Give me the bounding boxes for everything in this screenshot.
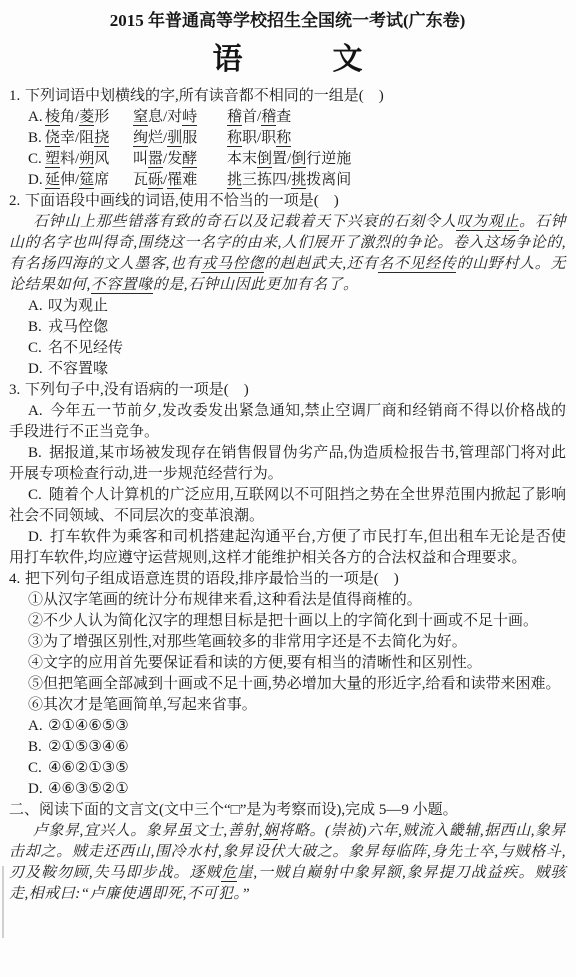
option-text: 据报道,某市场被发现存在销售假冒伪劣产品,伪造质检报告书,管理部门将对此开展专项… [9, 445, 566, 482]
q1-stem-text: 下列词语中划横线的字,所有读音都不相同的一组是( ) [25, 88, 384, 104]
q2-stem: 2.下面语段中画线的词语,使用不恰当的一项是( ) [9, 191, 566, 212]
classical-passage: 卢象昇,宜兴人。象昇虽文士,善射,娴将略。(崇祯)六年,贼流入畿辅,据西山,象昇… [9, 821, 566, 905]
q4-number: 4. [9, 569, 25, 590]
q4-sentence-2: ②不少人认为简化汉字的理想目标是把十画以上的字简化到十画或不足十画。 [9, 611, 566, 632]
q4-sentence-5: ⑤但把笔画全部减到十画或不足十画,势必增加大量的形近字,给看和读带来困难。 [9, 674, 566, 695]
q2-stem-text: 下面语段中画线的词语,使用不恰当的一项是( ) [25, 193, 339, 209]
q3-option-b: B.据报道,某市场被发现存在销售假冒伪劣产品,伪造质检报告书,管理部门将对此开展… [9, 443, 566, 485]
q4-sentence-4: ④文字的应用首先要保证看和读的方便,要有相当的清晰性和区别性。 [9, 653, 566, 674]
option-text: 今年五一节前夕,发改委发出紧急通知,禁止空调厂商和经销商不得以价格战的手段进行不… [9, 403, 566, 440]
exam-subject-title: 语 文 [9, 40, 566, 80]
option-label: D. [28, 529, 43, 545]
option-label: B. [28, 317, 48, 338]
option-label: C. [28, 149, 45, 170]
question-3: 3.下列句子中,没有语病的一项是( ) A.今年五一节前夕,发改委发出紧急通知,… [9, 380, 566, 569]
page-content: 2015 年普通高等学校招生全国统一考试(广东卷) 语 文 1.下列词语中划横线… [0, 0, 576, 905]
q4-stem-text: 把下列句子组成语意连贯的语段,排序最恰当的一项是( ) [25, 571, 399, 587]
q4-sentence-6: ⑥其次才是笔画简单,写起来省事。 [9, 695, 566, 716]
q4-option-d: D.④⑥③⑤②① [9, 779, 566, 800]
q2-option-a: A.叹为观止 [9, 296, 566, 317]
exam-paper-page: 2015 年普通高等学校招生全国统一考试(广东卷) 语 文 1.下列词语中划横线… [0, 0, 576, 977]
word-pair: 稽首/稽查 [227, 107, 291, 128]
q1-option-d: D.延伸/筵席瓦砾/罹难挑三拣四/挑拨离间 [9, 170, 566, 191]
q4-sentence-1: ①从汉字笔画的统计分布规律来看,这种看法是值得商榷的。 [9, 590, 566, 611]
q2-option-d: D.不容置喙 [9, 359, 566, 380]
option-label: B. [28, 737, 48, 758]
option-label: A. [28, 107, 45, 128]
option-label: D. [28, 359, 48, 380]
q4-stem: 4.把下列句子组成语意连贯的语段,排序最恰当的一项是( ) [9, 569, 566, 590]
option-label: A. [28, 716, 48, 737]
option-label: B. [28, 128, 45, 149]
option-label: C. [28, 487, 42, 503]
word-pair: 本末倒置/倒行逆施 [227, 149, 351, 170]
word-pair: 瓦砾/罹难 [133, 170, 227, 191]
q2-option-b: B.戎马倥偬 [9, 317, 566, 338]
option-text: 叹为观止 [48, 298, 108, 314]
option-label: D. [28, 170, 45, 191]
q3-stem-text: 下列句子中,没有语病的一项是( ) [25, 382, 249, 398]
option-text: 不容置喙 [48, 361, 108, 377]
option-label: B. [28, 445, 42, 461]
word-pair: 叫嚣/发酵 [133, 149, 227, 170]
option-text: ④⑥③⑤②① [48, 781, 129, 797]
word-pair: 延伸/筵席 [45, 170, 133, 191]
scan-artifact-line [2, 866, 4, 938]
q1-number: 1. [9, 86, 25, 107]
section-2: 二、阅读下面的文言文(文中三个“□”是为考察而设),完成 5—9 小题。 卢象昇… [9, 800, 566, 905]
word-pair: 称职/职称 [227, 128, 291, 149]
q3-option-a: A.今年五一节前夕,发改委发出紧急通知,禁止空调厂商和经销商不得以价格战的手段进… [9, 401, 566, 443]
question-4: 4.把下列句子组成语意连贯的语段,排序最恰当的一项是( ) ①从汉字笔画的统计分… [9, 569, 566, 800]
word-pair: 挑三拣四/挑拨离间 [227, 170, 351, 191]
q2-option-c: C.名不见经传 [9, 338, 566, 359]
q3-option-d: D.打车软件为乘客和司机搭建起沟通平台,方便了市民打车,但出租车无论是否使用打车… [9, 527, 566, 569]
question-2: 2.下面语段中画线的词语,使用不恰当的一项是( ) 石钟山上那些错落有致的奇石以… [9, 191, 566, 380]
q4-sentence-3: ③为了增强区别性,对那些笔画较多的非常用字还是不去简化为好。 [9, 632, 566, 653]
q4-option-a: A.②①④⑥⑤③ [9, 716, 566, 737]
word-pair: 塑料/朔风 [45, 149, 133, 170]
option-label: D. [28, 779, 48, 800]
word-pair: 棱角/菱形 [45, 107, 133, 128]
q1-stem: 1.下列词语中划横线的字,所有读音都不相同的一组是( ) [9, 86, 566, 107]
exam-title: 2015 年普通高等学校招生全国统一考试(广东卷) [9, 8, 566, 34]
q1-option-a: A.棱角/菱形窒息/对峙稽首/稽查 [9, 107, 566, 128]
q3-number: 3. [9, 380, 25, 401]
q4-option-c: C.④⑥②①③⑤ [9, 758, 566, 779]
q3-stem: 3.下列句子中,没有语病的一项是( ) [9, 380, 566, 401]
q4-option-b: B.②①⑤③④⑥ [9, 737, 566, 758]
option-label: C. [28, 338, 48, 359]
option-text: 戎马倥偬 [48, 319, 108, 335]
option-text: 随着个人计算机的广泛应用,互联网以不可阻挡之势在全世界范围内掀起了影响社会不同领… [9, 487, 566, 524]
q1-option-b: B.侥幸/阻挠绚烂/驯服称职/职称 [9, 128, 566, 149]
option-label: A. [28, 296, 48, 317]
option-text: ④⑥②①③⑤ [48, 760, 129, 776]
section-2-heading: 二、阅读下面的文言文(文中三个“□”是为考察而设),完成 5—9 小题。 [9, 800, 566, 821]
option-text: 名不见经传 [48, 340, 123, 356]
option-text: 打车软件为乘客和司机搭建起沟通平台,方便了市民打车,但出租车无论是否使用打车软件… [9, 529, 566, 566]
q2-number: 2. [9, 191, 25, 212]
q2-passage: 石钟山上那些错落有致的奇石以及记载着天下兴衰的石刻令人叹为观止。石钟山的名字也叫… [9, 212, 566, 296]
option-text: ②①⑤③④⑥ [48, 739, 129, 755]
word-pair: 窒息/对峙 [133, 107, 227, 128]
word-pair: 绚烂/驯服 [133, 128, 227, 149]
option-label: C. [28, 758, 48, 779]
option-text: ②①④⑥⑤③ [48, 718, 129, 734]
question-1: 1.下列词语中划横线的字,所有读音都不相同的一组是( ) A.棱角/菱形窒息/对… [9, 86, 566, 191]
q1-option-c: C.塑料/朔风叫嚣/发酵本末倒置/倒行逆施 [9, 149, 566, 170]
q3-option-c: C.随着个人计算机的广泛应用,互联网以不可阻挡之势在全世界范围内掀起了影响社会不… [9, 485, 566, 527]
option-label: A. [28, 403, 43, 419]
word-pair: 侥幸/阻挠 [45, 128, 133, 149]
